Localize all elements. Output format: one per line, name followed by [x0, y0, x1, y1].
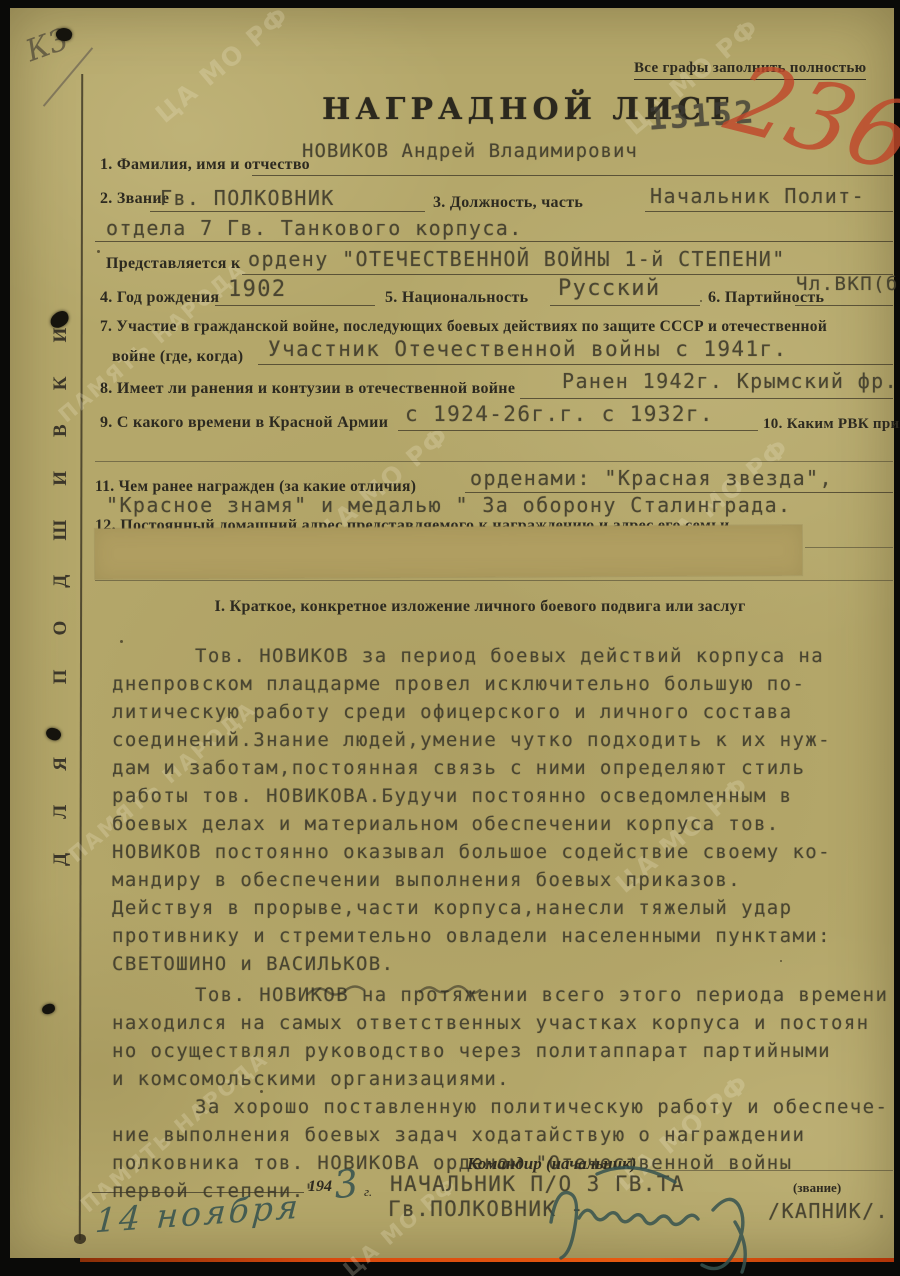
ruled-line	[520, 398, 893, 399]
field3-value-line1: Начальник Полит-	[650, 184, 865, 208]
field1-label: 1. Фамилия, имя и отчество	[100, 156, 310, 174]
body-line: СВЕТОШИНО и ВАСИЛЬКОВ.	[112, 953, 394, 975]
paper-speck	[97, 250, 100, 253]
field11-value-line2: "Красное знамя" и медалью " За оборону С…	[106, 493, 792, 517]
margin-filing-text: ДЛЯ ПОДШИВКИ	[50, 294, 72, 866]
field3-value-line2: отдела 7 Гв. Танкового корпуса.	[106, 216, 523, 240]
field2-label: 2. Звание	[100, 190, 169, 208]
body-line: НОВИКОВ постоянно оказывал большое содей…	[112, 841, 831, 863]
paper-speck	[260, 1090, 263, 1093]
presented-label: Представляется к	[106, 255, 240, 273]
ruled-line	[258, 364, 893, 365]
field11-value-line1: орденами: "Красная звезда",	[470, 466, 833, 490]
section1-heading: I. Краткое, конкретное изложение личного…	[160, 598, 800, 616]
ruled-line	[550, 305, 700, 306]
body-line: дам и заботам,постоянная связь с ними оп…	[112, 757, 805, 779]
field4-value: 1902	[228, 277, 287, 302]
signature-autograph	[535, 1164, 825, 1276]
field4-label: 4. Год рождения	[100, 289, 219, 307]
year-printed: 194	[308, 1178, 332, 1196]
field10-label: 10. Каким РВК призван	[763, 416, 900, 433]
ruled-line	[252, 175, 893, 176]
redacted-address-area	[95, 525, 802, 579]
field8-label: 8. Имеет ли ранения и контузии в отечест…	[100, 380, 515, 398]
year-suffix: г.	[364, 1184, 372, 1200]
paper-speck	[780, 960, 782, 962]
field6-value: Чл.ВКП(б)	[796, 273, 900, 295]
ink-scribble	[300, 978, 570, 1004]
awardee-name: НОВИКОВ Андрей Владимирович	[302, 140, 638, 162]
body-line: соединений.Знание людей,умение чутко под…	[112, 729, 831, 751]
body-line: но осуществлял руководство через политап…	[112, 1040, 831, 1062]
field9-value: с 1924-26г.г. с 1932г.	[405, 402, 714, 426]
field5-label: 5. Национальность	[385, 289, 528, 307]
body-line: работы тов. НОВИКОВА.Будучи постоянно ос…	[112, 785, 792, 807]
field7-value: Участник Отечественной войны с 1941г.	[268, 337, 788, 361]
year-handwritten: 3	[332, 1161, 361, 1207]
body-line: и комсомольскими организациями.	[112, 1068, 510, 1090]
paper-speck	[700, 300, 702, 302]
body-line: находился на самых ответственных участка…	[112, 1012, 870, 1034]
field9-label: 9. С какого времени в Красной Армии	[100, 414, 388, 432]
ruled-line	[805, 547, 893, 548]
ruled-line	[795, 305, 893, 306]
body-line: ние выполнения боевых задач ходатайствую…	[112, 1124, 805, 1146]
paper-speck	[120, 640, 123, 643]
ruled-line	[215, 305, 375, 306]
body-line: Действуя в прорыве,части корпуса,нанесли…	[112, 897, 792, 919]
field5-value: Русский	[558, 276, 661, 301]
body-line: боевых делах и материальном обеспечении …	[112, 813, 780, 835]
field7-label-line1: 7. Участие в гражданской войне, последую…	[100, 318, 827, 336]
body-line: днепровском плацдарме провел исключитель…	[112, 673, 805, 695]
scanned-award-sheet: К3 ДЛЯ ПОДШИВКИ ЦА МО РФ ЦА МО РФ ПАМЯТЬ…	[0, 0, 900, 1276]
ruled-line	[95, 580, 893, 581]
ruled-line	[645, 211, 893, 212]
presented-value: ордену "ОТЕЧЕСТВЕННОЙ ВОЙНЫ 1-й СТЕПЕНИ"	[248, 247, 786, 271]
field8-value: Ранен 1942г. Крымский фр.	[562, 369, 898, 393]
body-line: Тов. НОВИКОВ за период боевых действий к…	[195, 645, 824, 667]
body-line: мандиру в обеспечении выполнения боевых …	[112, 869, 741, 891]
ruled-line	[398, 430, 758, 431]
ruled-line	[95, 461, 893, 462]
field2-value: Гв. ПОЛКОВНИК	[160, 186, 335, 210]
field3-label: 3. Должность, часть	[433, 194, 583, 212]
field7-label-line2: войне (где, когда)	[112, 348, 243, 366]
body-line: литическую работу среди офицерского и ли…	[112, 701, 792, 723]
body-line: За хорошо поставленную политическую рабо…	[195, 1096, 888, 1118]
ruled-line	[95, 241, 893, 242]
ruled-line	[150, 211, 425, 212]
body-line: противнику и стремительно овладели насел…	[112, 925, 831, 947]
